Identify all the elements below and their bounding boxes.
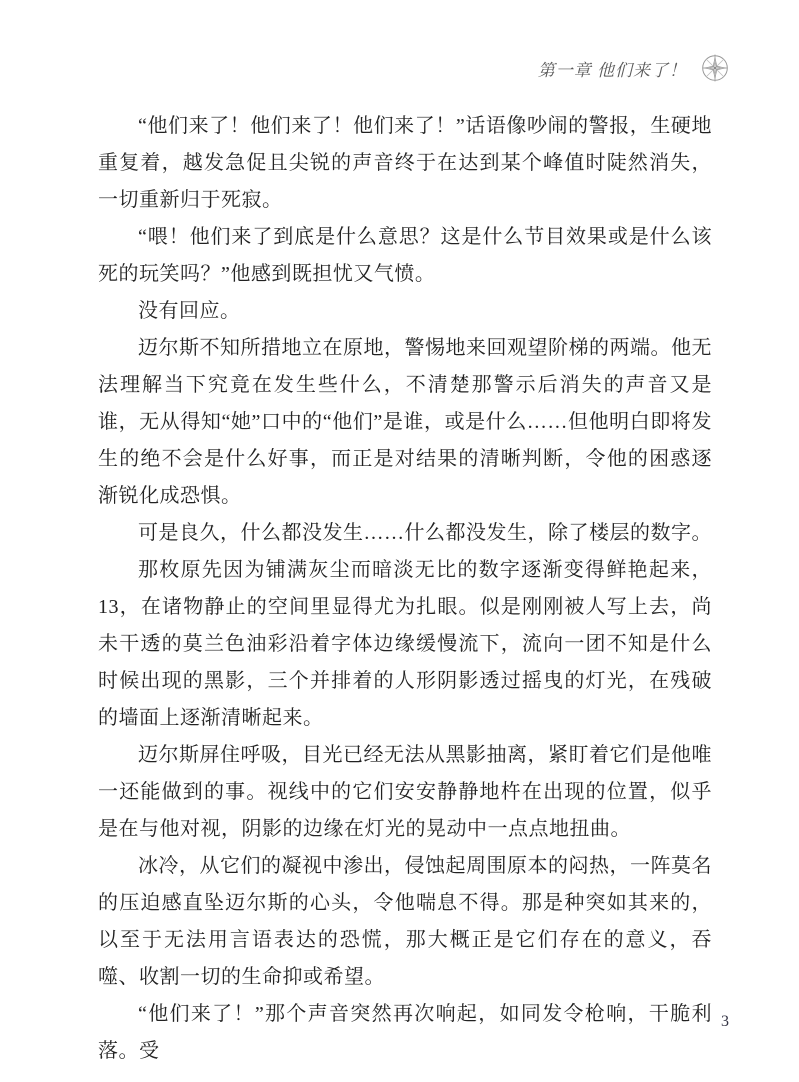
running-header: 第一章 他们来了！ bbox=[98, 53, 730, 83]
paragraph: “喂！他们来了到底是什么意思？这是什么节目效果或是什么该死的玩笑吗？”他感到既担… bbox=[98, 219, 712, 293]
paragraph: 迈尔斯屏住呼吸，目光已经无法从黑影抽离，紧盯着它们是他唯一还能做到的事。视线中的… bbox=[98, 737, 712, 848]
book-page: 第一章 他们来了！ “他们来了！他们来了！他们来了！”话语像吵闹的警报，生硬地重… bbox=[0, 0, 799, 1082]
paragraph: 没有回应。 bbox=[98, 293, 712, 330]
paragraph: “他们来了！他们来了！他们来了！”话语像吵闹的警报，生硬地重复着，越发急促且尖锐… bbox=[98, 108, 712, 219]
paragraph: 迈尔斯不知所措地立在原地，警惕地来回观望阶梯的两端。他无法理解当下究竟在发生些什… bbox=[98, 330, 712, 515]
paragraph: 可是良久，什么都没发生……什么都没发生，除了楼层的数字。 bbox=[98, 515, 712, 552]
chapter-title: 第一章 他们来了！ bbox=[538, 56, 687, 81]
paragraph: 那枚原先因为铺满灰尘而暗淡无比的数字逐渐变得鲜艳起来，13，在诸物静止的空间里显… bbox=[98, 552, 712, 737]
paragraph: 冰冷，从它们的凝视中渗出，侵蚀起周围原本的闷热，一阵莫名的压迫感直坠迈尔斯的心头… bbox=[98, 848, 712, 996]
compass-rose-icon bbox=[700, 53, 730, 83]
page-body: “他们来了！他们来了！他们来了！”话语像吵闹的警报，生硬地重复着，越发急促且尖锐… bbox=[98, 108, 712, 1070]
paragraph: “他们来了！”那个声音突然再次响起，如同发令枪响，干脆利落。受 bbox=[98, 996, 712, 1070]
page-number: 3 bbox=[721, 1013, 729, 1031]
